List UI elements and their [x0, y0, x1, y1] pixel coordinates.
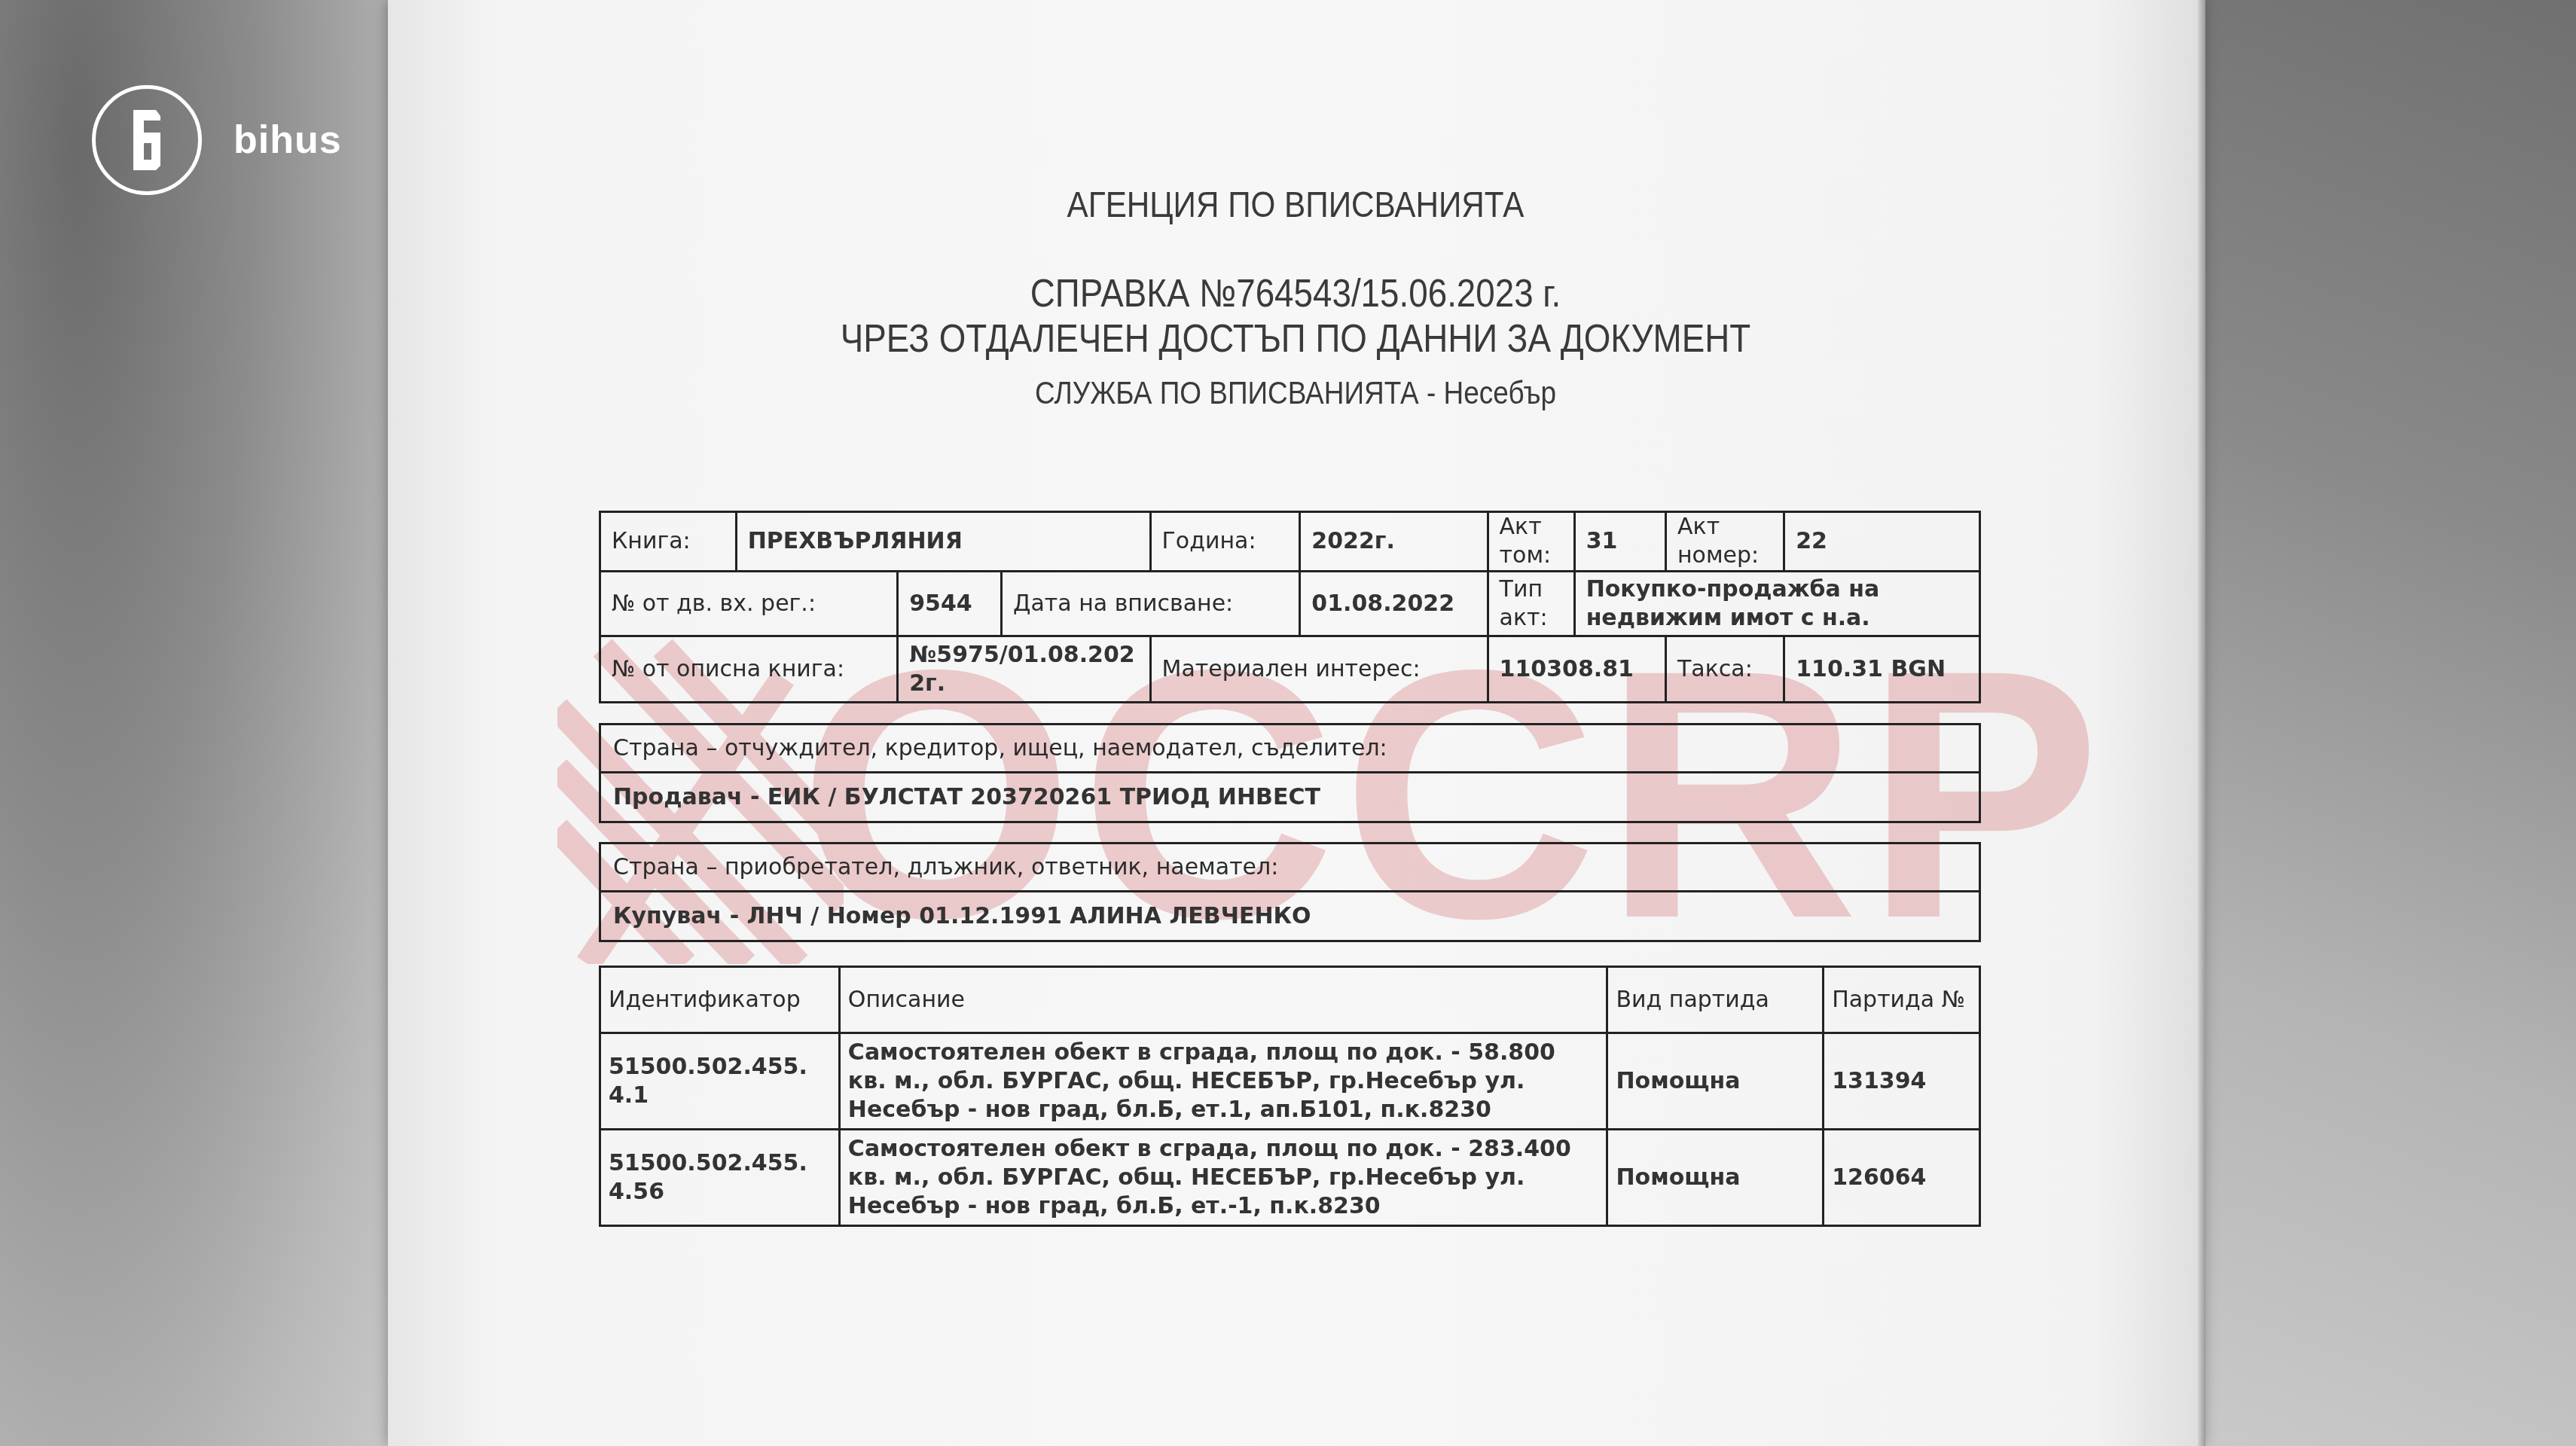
seller-header: Страна – отчуждител, кредитор, ищец, нае…: [600, 725, 1980, 773]
document-subtitle: ЧРЕЗ ОТДАЛЕЧЕН ДОСТЪП ПО ДАННИ ЗА ДОКУМЕ…: [497, 316, 2095, 361]
inventory-value: №5975/01.08.2022г.: [898, 636, 1150, 703]
act-number-label: Акт номер:: [1666, 512, 1784, 572]
act-type-value: Покупко-продажба на недвижим имот с н.а.: [1574, 572, 1979, 636]
act-number-value: 22: [1784, 512, 1980, 572]
seller-value: Продавач - ЕИК / БУЛСТАТ 203720261 ТРИОД…: [600, 773, 1980, 822]
seller-party-table: Страна – отчуждител, кредитор, ищец, нае…: [599, 723, 1981, 823]
agency-title: АГЕНЦИЯ ПО ВПИСВАНИЯТА: [497, 185, 2095, 226]
fee-value: 110.31 BGN: [1784, 636, 1980, 703]
year-label: Година:: [1150, 512, 1300, 572]
column-header: Партида №: [1824, 967, 1980, 1033]
fee-label: Такса:: [1666, 636, 1784, 703]
property-description: Самостоятелен обект в сграда, площ по до…: [839, 1130, 1607, 1226]
property-identifier: 51500.502.455.4.56: [600, 1130, 840, 1226]
bihus-wordmark: bihus: [233, 117, 342, 163]
book-label: Книга:: [600, 512, 737, 572]
column-header: Вид партида: [1607, 967, 1824, 1033]
inventory-label: № от описна книга:: [600, 636, 898, 703]
bihus-logo: bihus: [92, 85, 342, 195]
properties-table: Идентификатор Описание Вид партида Парти…: [599, 966, 1981, 1227]
act-type-label: Тип акт:: [1488, 572, 1574, 636]
buyer-header: Страна – приобретател, длъжник, ответник…: [600, 843, 1980, 892]
table-row: 51500.502.455.4.1 Самостоятелен обект в …: [600, 1033, 1980, 1130]
property-description: Самостоятелен обект в сграда, площ по до…: [839, 1033, 1607, 1130]
registry-office: СЛУЖБА ПО ВПИСВАНИЯТА - Несебър: [497, 375, 2095, 411]
page-edge: [2198, 0, 2205, 1446]
table-row: 51500.502.455.4.56 Самостоятелен обект в…: [600, 1130, 1980, 1226]
reference-number: СПРАВКА №764543/15.06.2023 г.: [497, 271, 2095, 316]
year-value: 2022г.: [1300, 512, 1488, 572]
property-number: 126064: [1824, 1130, 1980, 1226]
entry-date-value: 01.08.2022: [1300, 572, 1488, 636]
background-left: [0, 0, 392, 1446]
material-interest-label: Материален интерес:: [1150, 636, 1488, 703]
buyer-value: Купувач - ЛНЧ / Номер 01.12.1991 АЛИНА Л…: [600, 892, 1980, 941]
column-header: Идентификатор: [600, 967, 840, 1033]
logo-b-glyph-icon: [132, 110, 162, 170]
entry-date-label: Дата на вписване:: [1001, 572, 1299, 636]
volume-value: 31: [1574, 512, 1665, 572]
incoming-reg-label: № от дв. вх. рег.:: [600, 572, 898, 636]
column-header: Описание: [839, 967, 1607, 1033]
material-interest-value: 110308.81: [1488, 636, 1665, 703]
property-identifier: 51500.502.455.4.1: [600, 1033, 840, 1130]
buyer-party-table: Страна – приобретател, длъжник, ответник…: [599, 842, 1981, 942]
registry-details-table: Книга: ПРЕХВЪРЛЯНИЯ Година: 2022г. Акт т…: [599, 511, 1981, 703]
incoming-reg-value: 9544: [898, 572, 1002, 636]
property-number: 131394: [1824, 1033, 1980, 1130]
property-type: Помощна: [1607, 1033, 1824, 1130]
bihus-logo-icon: [92, 85, 202, 195]
properties-header-row: Идентификатор Описание Вид партида Парти…: [600, 967, 1980, 1033]
property-type: Помощна: [1607, 1130, 1824, 1226]
background-right: [2203, 0, 2576, 1446]
book-value: ПРЕХВЪРЛЯНИЯ: [736, 512, 1150, 572]
volume-label: Акт том:: [1488, 512, 1574, 572]
